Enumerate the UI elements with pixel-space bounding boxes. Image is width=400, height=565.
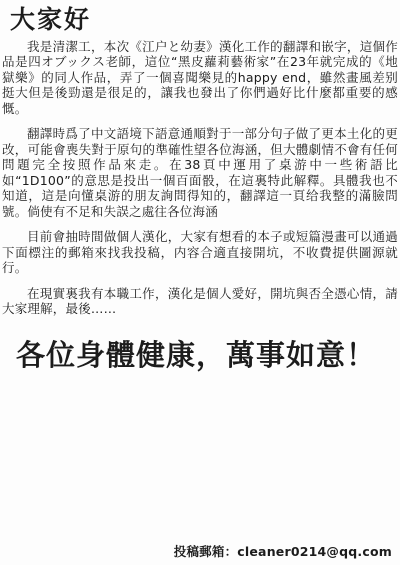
- closing-wish: 各位身體健康，萬事如意！: [16, 338, 398, 373]
- email-label: 投稿郵箱：: [174, 544, 238, 559]
- paragraph-translation-notes: 翻譯時爲了中文語境下語意通順對于一部分句子做了更本土化的更改，可能會喪失對于原句…: [2, 126, 398, 219]
- paragraph-intro: 我是清潔工，本次《江户と幼妻》漢化工作的翻譯和嵌字，這個作品是四オブックス老師，…: [2, 39, 398, 117]
- contact-line: 投稿郵箱：cleaner0214@qq.com: [174, 542, 392, 560]
- email-address: cleaner0214@qq.com: [237, 544, 392, 559]
- paragraph-personal-note: 在現實裏我有本職工作，漢化是個人愛好，開坑與否全憑心情，請大家理解，最後……: [2, 286, 398, 317]
- page-title: 大家好: [10, 6, 398, 34]
- paragraph-submission-info: 目前會抽時間做個人漢化，大家有想看的本子或短篇漫畫可以通過下面標注的郵箱來找我投…: [2, 229, 398, 276]
- translator-afterword-page: 大家好 我是清潔工，本次《江户と幼妻》漢化工作的翻譯和嵌字，這個作品是四オブック…: [0, 0, 400, 565]
